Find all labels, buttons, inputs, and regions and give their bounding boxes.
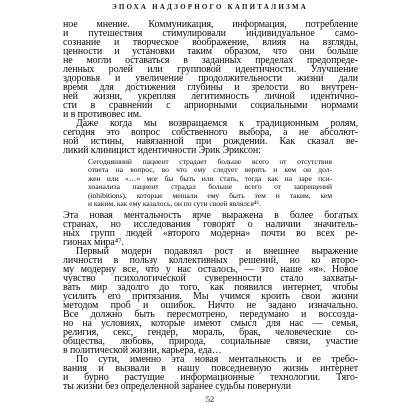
text-body: ное мнение. Коммуникация, информация, по…: [63, 20, 358, 391]
text-line: ты жизни без определенной заранее судьбы…: [63, 382, 358, 391]
page-number: 52: [0, 394, 420, 404]
running-head: ЭПОХА НАДЗОРНОГО КАПИТАЛИЗМА: [0, 3, 420, 11]
text-line: ликий клиницист идентичности Эрик Эриксо…: [63, 146, 358, 155]
paragraph: ное мнение. Коммуникация, информация, по…: [63, 20, 358, 119]
paragraph: Эта новая ментальность ярче выражена в б…: [63, 211, 358, 247]
paragraph: Первый модерн подавлял рост и внешнее вы…: [63, 247, 358, 355]
quote-block: Сегодняшний пациент страдает больше всег…: [88, 158, 332, 208]
paragraph: По сути, именно эта новая ментальность и…: [63, 355, 358, 391]
text-line: и каким, как ему казалось, он по сути св…: [88, 200, 332, 208]
paragraph: Даже когда мы возвращаемся к традиционны…: [63, 119, 358, 155]
book-page: ЭПОХА НАДЗОРНОГО КАПИТАЛИЗМА ное мнение.…: [0, 0, 420, 420]
